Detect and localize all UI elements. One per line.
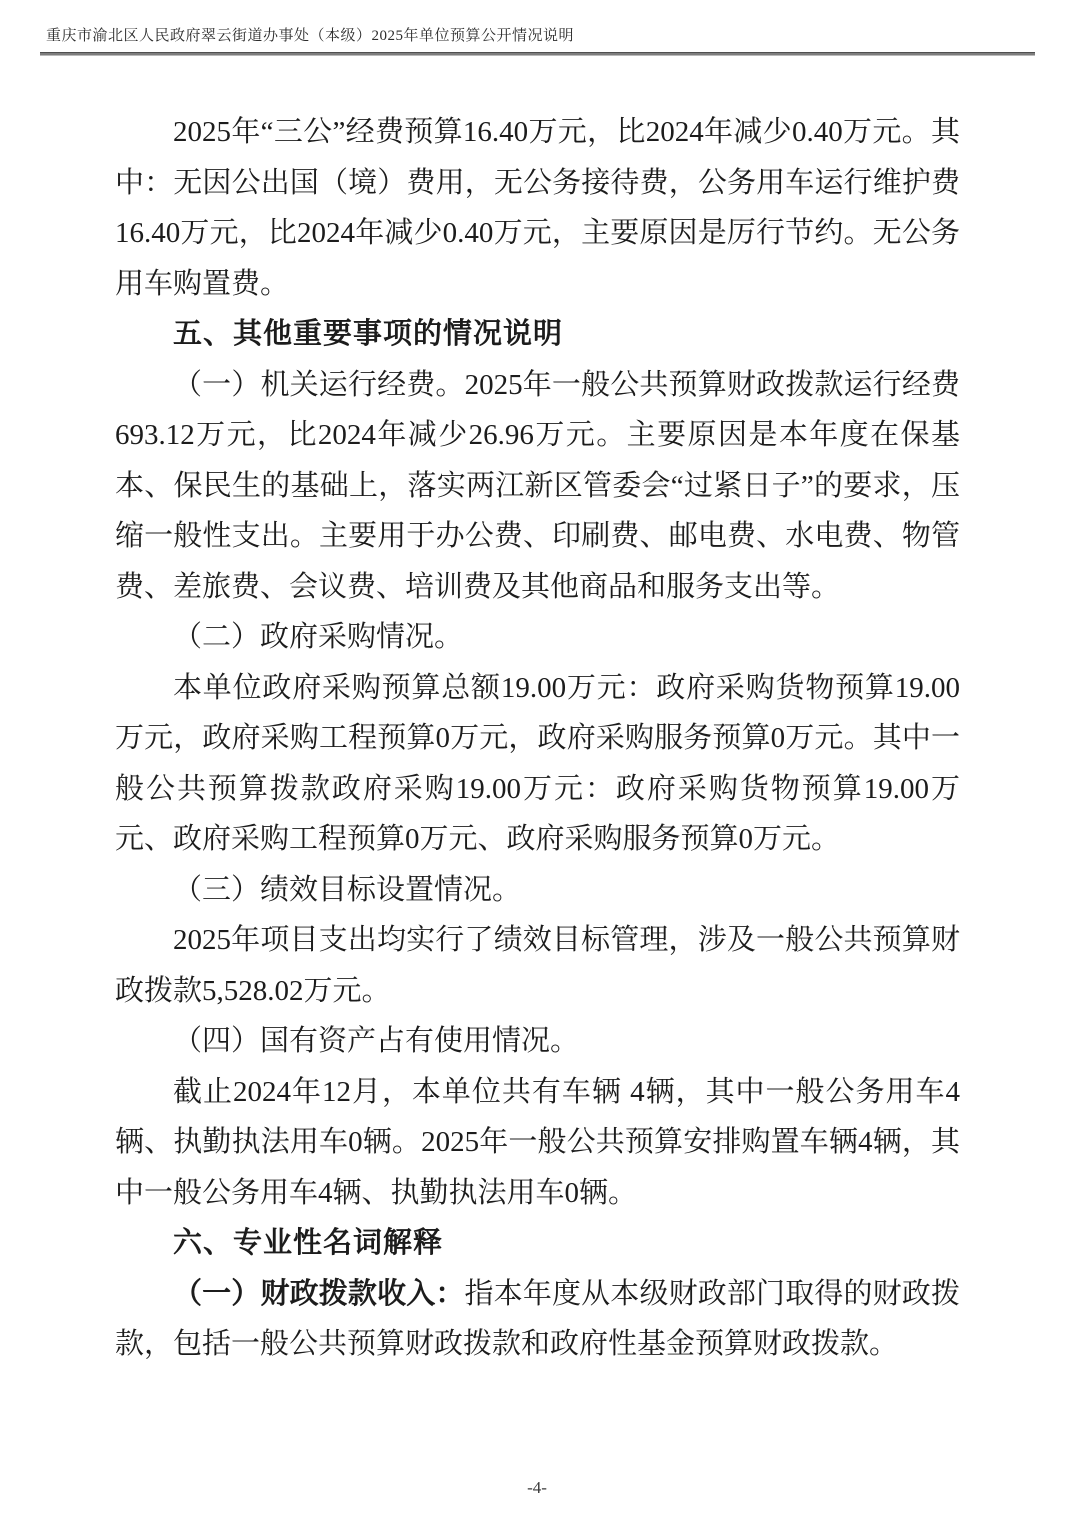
document-page: 重庆市渝北区人民政府翠云街道办事处（本级）2025年单位预算公开情况说明 202… [0,0,1074,1520]
paragraph-procurement-details: 本单位政府采购预算总额19.00万元：政府采购货物预算19.00万元，政府采购工… [115,663,960,865]
page-header: 重庆市渝北区人民政府翠云街道办事处（本级）2025年单位预算公开情况说明 [40,24,1035,56]
subheading-government-procurement: （二）政府采购情况。 [115,612,960,663]
section-heading-five-other-important-matters: 五、其他重要事项的情况说明 [115,309,960,360]
paragraph-term-fiscal-appropriation-income: （一）财政拨款收入：指本年度从本级财政部门取得的财政拨款，包括一般公共预算财政拨… [115,1269,960,1370]
document-body: 2025年“三公”经费预算16.40万元，比2024年减少0.40万元。其中：无… [115,107,960,1370]
section-heading-six-terminology: 六、专业性名词解释 [115,1218,960,1269]
paragraph-performance-details: 2025年项目支出均实行了绩效目标管理，涉及一般公共预算财政拨款5,528.02… [115,915,960,1016]
header-rule [40,52,1035,56]
paragraph-agency-operating-costs: （一）机关运行经费。2025年一般公共预算财政拨款运行经费693.12万元，比2… [115,360,960,613]
paragraph-three-public-funds: 2025年“三公”经费预算16.40万元，比2024年减少0.40万元。其中：无… [115,107,960,309]
paragraph-vehicle-holdings: 截止2024年12月，本单位共有车辆 4辆，其中一般公务用车4辆、执勤执法用车0… [115,1067,960,1219]
page-footer: -4- [0,1478,1074,1498]
header-title: 重庆市渝北区人民政府翠云街道办事处（本级）2025年单位预算公开情况说明 [40,24,1035,45]
subheading-state-owned-assets: （四）国有资产占有使用情况。 [115,1016,960,1067]
subheading-performance-targets: （三）绩效目标设置情况。 [115,865,960,916]
term-fiscal-appropriation-income: （一）财政拨款收入： [173,1278,465,1310]
page-number: -4- [527,1478,547,1497]
